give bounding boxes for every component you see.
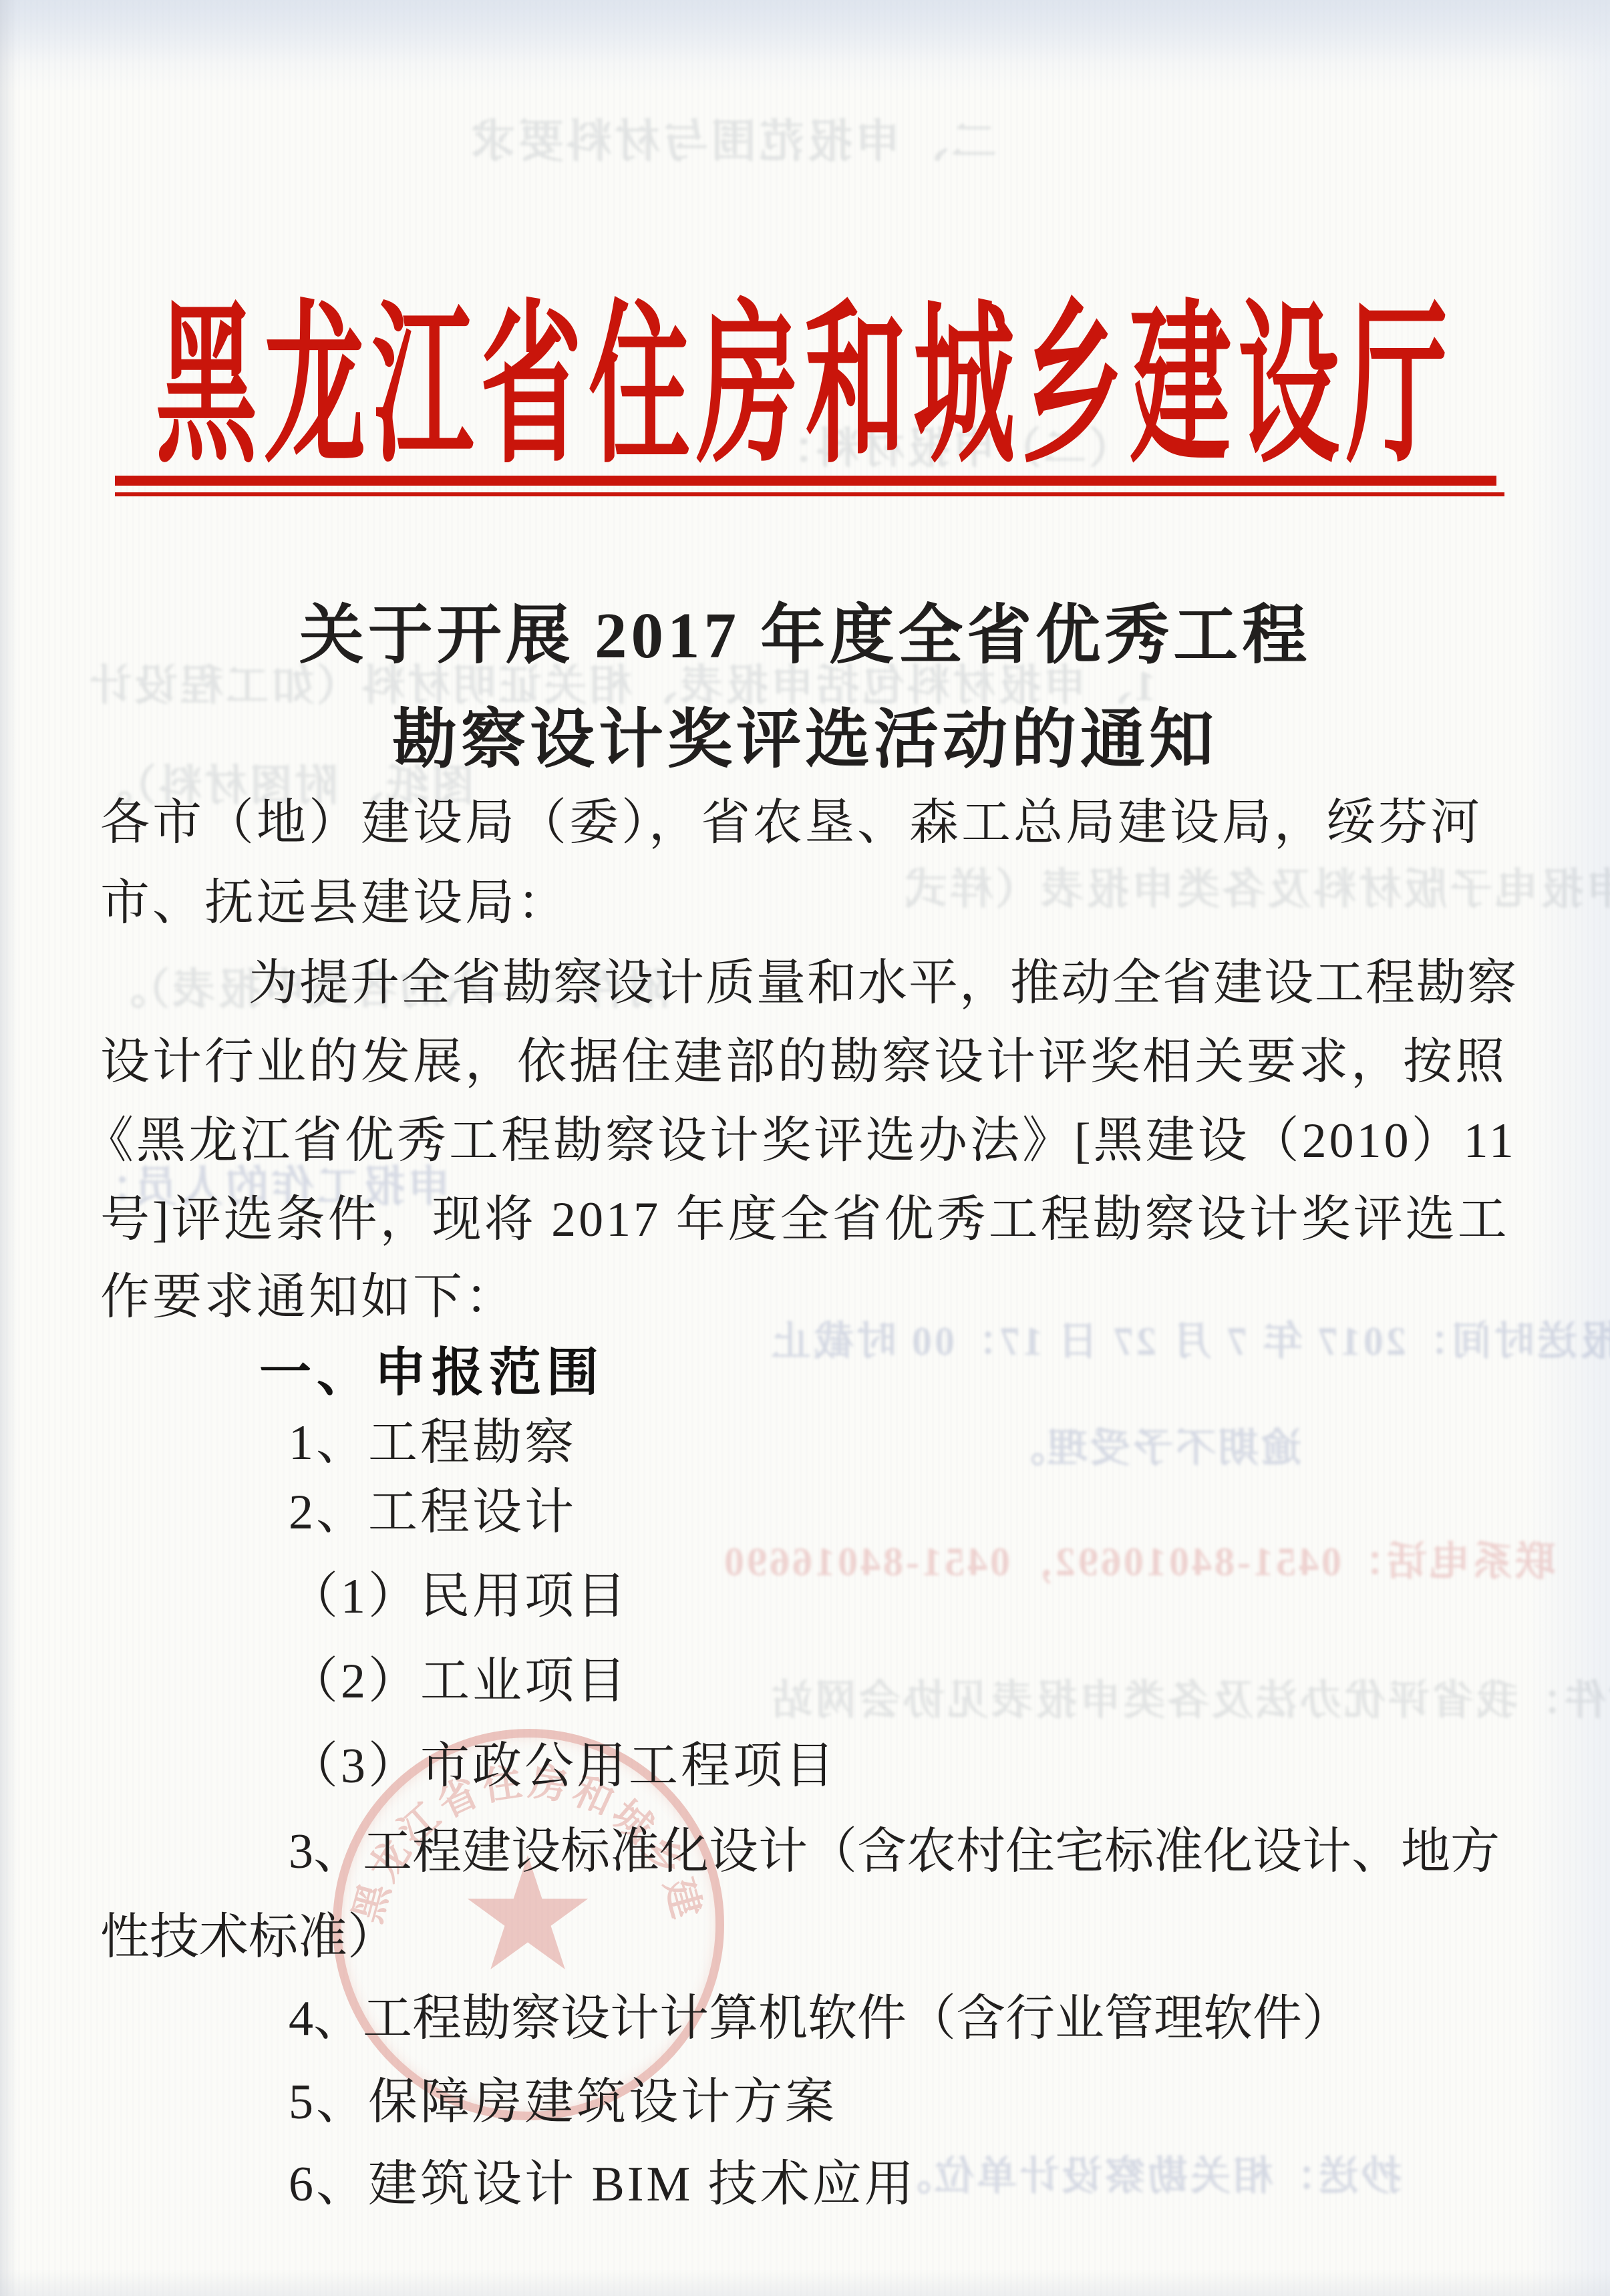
paragraph-line: 《黑龙江省优秀工程勘察设计奖评选办法》[黑建设（2010）11 xyxy=(84,1101,1516,1172)
letterhead-divider-thick xyxy=(115,476,1496,486)
list-item: 3、工程建设标准化设计（含农村住宅标准化设计、地方 xyxy=(289,1812,1500,1882)
paragraph-line: 为提升全省勘察设计质量和水平，推动全省建设工程勘察 xyxy=(249,943,1518,1014)
bleedthrough-text: 2、申报电子版材料及各类申报表（样式 xyxy=(902,855,1610,917)
scan-artifact-top-band xyxy=(0,0,1610,63)
bleedthrough-text: 联系电话：0451-84010692，0451-84016690 xyxy=(721,1530,1555,1587)
bleedthrough-text: 抄送：相关勘察设计单位。 xyxy=(889,2144,1402,2202)
bleedthrough-text: 附件：我省评优办法及各类申报表见协会网站 xyxy=(768,1667,1610,1726)
bleedthrough-text: 报送时间：2017 年 7 月 27 日 17：00 时截止 xyxy=(768,1309,1610,1367)
paragraph-line: 作要求通知如下： xyxy=(100,1257,517,1328)
paragraph-line: 设计行业的发展，依据住建部的勘察设计评奖相关要求，按照 xyxy=(100,1022,1507,1093)
list-item: 2、工程设计 xyxy=(289,1472,577,1543)
notice-title-line2: 勘察设计奖评选活动的通知 xyxy=(0,687,1610,780)
bleedthrough-text: 二、申报范围与材料要求 xyxy=(468,106,997,170)
bleedthrough-text: 逾期不予受理。 xyxy=(1002,1416,1301,1474)
scan-artifact-bottom-band xyxy=(0,2269,1610,2296)
notice-title-line1: 关于开展 2017 年度全省优秀工程 xyxy=(0,583,1610,676)
list-subitem: （1）民用项目 xyxy=(289,1556,629,1627)
section-heading: 一、申报范围 xyxy=(259,1331,604,1406)
salutation-line: 各市（地）建设局（委），省农垦、森工总局建设局，绥芬河 xyxy=(100,783,1482,854)
letterhead-divider-thin xyxy=(115,492,1504,496)
list-item: 1、工程勘察 xyxy=(289,1403,577,1474)
list-subitem: （3）市政公用工程项目 xyxy=(289,1726,837,1797)
letterhead-agency-title: 黑龙江省住房和城乡建设厅 xyxy=(0,246,1610,496)
list-item: 6、建筑设计 BIM 技术应用 xyxy=(289,2144,917,2215)
scanned-notice-page: 二、申报范围与材料要求 （二）申报材料： 1、申报材料包括申报表、相关证明材料（… xyxy=(0,0,1610,2296)
list-subitem: （2）工业项目 xyxy=(289,1641,629,1712)
salutation-line: 市、抚远县建设局： xyxy=(100,863,569,934)
list-item: 4、工程勘察设计计算机软件（含行业管理软件） xyxy=(289,1979,1351,2049)
paragraph-line: 号]评选条件，现将 2017 年度全省优秀工程勘察设计奖评选工 xyxy=(100,1180,1510,1251)
list-item: 5、保障房建筑设计方案 xyxy=(289,2062,837,2133)
list-item-continuation: 性技术标准） xyxy=(100,1897,397,1968)
